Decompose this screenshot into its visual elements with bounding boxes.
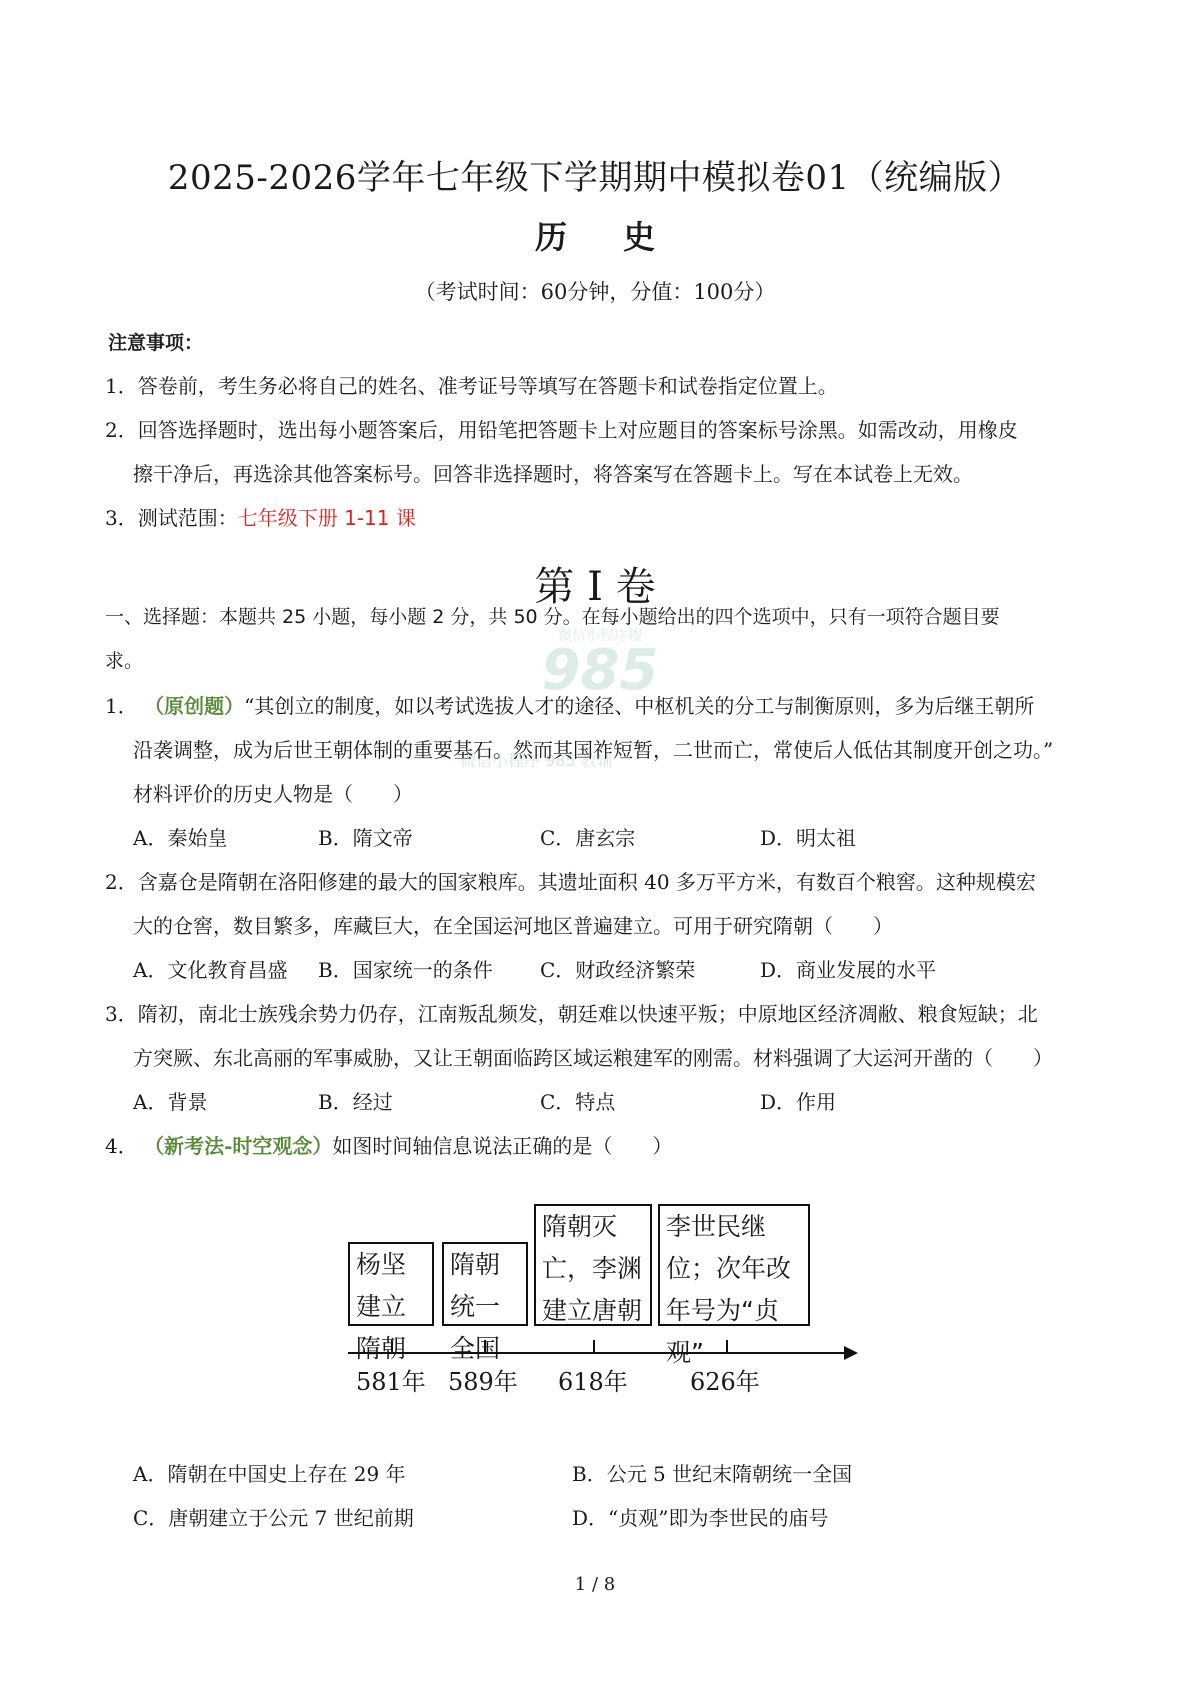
exam-info: （考试时间：60分钟，分值：100分） bbox=[0, 276, 1190, 306]
timeline-event-box: 隋朝统一全国 bbox=[442, 1242, 528, 1326]
option-a[interactable]: A．文化教育昌盛 bbox=[133, 954, 287, 983]
option-b[interactable]: B．经过 bbox=[318, 1086, 393, 1115]
option-c[interactable]: C．唐朝建立于公元 7 世纪前期 bbox=[133, 1502, 414, 1531]
question-3: 3．隋初，南北士族残余势力仍存，江南叛乱频发，朝廷难以快速平叛；中原地区经济凋敝… bbox=[105, 998, 1038, 1027]
option-d[interactable]: D．商业发展的水平 bbox=[760, 954, 936, 983]
notice-item: 3．测试范围：七年级下册 1-11 课 bbox=[105, 502, 416, 531]
question-text: 大的仓窖，数目繁多，库藏巨大，在全国运河地区普遍建立。可用于研究隋朝（ ） bbox=[133, 910, 893, 939]
question-text: 方突厥、东北高丽的军事威胁，又让王朝面临跨区域运粮建军的刚需。材料强调了大运河开… bbox=[133, 1042, 1053, 1071]
option-b[interactable]: B．公元 5 世纪末隋朝统一全国 bbox=[572, 1458, 852, 1487]
option-c[interactable]: C．特点 bbox=[540, 1086, 615, 1115]
notice-text: 回答选择题时，选出每小题答案后，用铅笔把答题卡上对应题目的答案标号涂黑。如需改动… bbox=[138, 418, 1018, 442]
option-c[interactable]: C．唐玄宗 bbox=[540, 822, 635, 851]
notice-text: 答卷前，考生务必将自己的姓名、准考证号等填写在答题卡和试卷指定位置上。 bbox=[138, 374, 838, 398]
question-text: 材料评价的历史人物是（ ） bbox=[133, 778, 413, 807]
test-scope-highlight: 七年级下册 1-11 课 bbox=[238, 506, 416, 530]
subject-title: 历史 bbox=[0, 212, 1190, 258]
notice-text-continued: 擦干净后，再选涂其他答案标号。回答非选择题时，将答案写在答题卡上。写在本试卷上无… bbox=[133, 458, 973, 487]
notice-number: 1． bbox=[105, 374, 138, 398]
notice-text: 测试范围： bbox=[138, 506, 238, 530]
question-text: 隋初，南北士族残余势力仍存，江南叛乱频发，朝廷难以快速平叛；中原地区经济凋敝、粮… bbox=[138, 1002, 1038, 1026]
timeline-tick bbox=[484, 1340, 486, 1353]
timeline-year: 581年 bbox=[356, 1362, 426, 1397]
timeline-axis bbox=[348, 1352, 848, 1354]
page-number: 1 / 8 bbox=[0, 1574, 1190, 1595]
question-text: 沿袭调整，成为后世王朝体制的重要基石。然而其国祚短暂，二世而亡，常使后人低估其制… bbox=[133, 734, 1053, 763]
question-1: 1． （原创题）“其创立的制度，如以考试选拔人才的途径、中枢机关的分工与制衡原则… bbox=[105, 690, 1034, 719]
timeline-year: 618年 bbox=[558, 1362, 628, 1397]
subject-char: 历 bbox=[535, 212, 567, 258]
section-instruction-cont: 求。 bbox=[105, 646, 143, 673]
subject-char: 史 bbox=[623, 212, 655, 258]
exam-title: 2025-2026学年七年级下学期期中模拟卷01（统编版） bbox=[0, 150, 1190, 199]
option-d[interactable]: D．“贞观”即为李世民的庙号 bbox=[572, 1502, 828, 1531]
timeline-figure: 杨坚建立隋朝 隋朝统一全国 隋朝灭亡，李渊建立唐朝 李世民继位；次年改年号为“贞… bbox=[348, 1212, 868, 1402]
question-number: 3． bbox=[105, 1002, 138, 1026]
question-number: 1． bbox=[105, 694, 138, 718]
option-b[interactable]: B．国家统一的条件 bbox=[318, 954, 493, 983]
option-c[interactable]: C．财政经济繁荣 bbox=[540, 954, 695, 983]
question-text: 如图时间轴信息说法正确的是（ ） bbox=[332, 1134, 672, 1158]
question-4: 4． （新考法-时空观念）如图时间轴信息说法正确的是（ ） bbox=[105, 1130, 672, 1159]
option-a[interactable]: A．背景 bbox=[133, 1086, 207, 1115]
question-number: 2． bbox=[105, 870, 138, 894]
timeline-event-box: 李世民继位；次年改年号为“贞观” bbox=[658, 1204, 810, 1326]
notice-number: 3． bbox=[105, 506, 138, 530]
timeline-event-box: 杨坚建立隋朝 bbox=[348, 1242, 434, 1326]
timeline-year: 589年 bbox=[448, 1362, 518, 1397]
option-d[interactable]: D．明太祖 bbox=[760, 822, 856, 851]
question-text: 含嘉仓是隋朝在洛阳修建的最大的国家粮库。其遗址面积 40 多万平方米，有数百个粮… bbox=[138, 870, 1036, 894]
notice-item: 1．答卷前，考生务必将自己的姓名、准考证号等填写在答题卡和试卷指定位置上。 bbox=[105, 370, 838, 399]
timeline-tick bbox=[726, 1340, 728, 1353]
timeline-event-box: 隋朝灭亡，李渊建立唐朝 bbox=[534, 1204, 652, 1326]
question-tag: （新考法-时空观念） bbox=[144, 1134, 332, 1158]
arrow-right-icon bbox=[844, 1346, 858, 1360]
option-a[interactable]: A．隋朝在中国史上存在 29 年 bbox=[133, 1458, 406, 1487]
timeline-tick bbox=[593, 1340, 595, 1353]
option-d[interactable]: D．作用 bbox=[760, 1086, 836, 1115]
notice-heading: 注意事项： bbox=[108, 328, 203, 355]
notice-item: 2．回答选择题时，选出每小题答案后，用铅笔把答题卡上对应题目的答案标号涂黑。如需… bbox=[105, 414, 1018, 443]
question-tag: （原创题） bbox=[144, 694, 244, 718]
timeline-year: 626年 bbox=[690, 1362, 760, 1397]
option-a[interactable]: A．秦始皇 bbox=[133, 822, 227, 851]
section-instruction: 一、选择题：本题共 25 小题，每小题 2 分，共 50 分。在每小题给出的四个… bbox=[105, 602, 1000, 629]
timeline-tick bbox=[391, 1340, 393, 1353]
option-b[interactable]: B．隋文帝 bbox=[318, 822, 413, 851]
question-text: “其创立的制度，如以考试选拔人才的途径、中枢机关的分工与制衡原则，多为后继王朝所 bbox=[244, 694, 1034, 718]
question-2: 2．含嘉仓是隋朝在洛阳修建的最大的国家粮库。其遗址面积 40 多万平方米，有数百… bbox=[105, 866, 1036, 895]
notice-number: 2． bbox=[105, 418, 138, 442]
question-number: 4． bbox=[105, 1134, 138, 1158]
